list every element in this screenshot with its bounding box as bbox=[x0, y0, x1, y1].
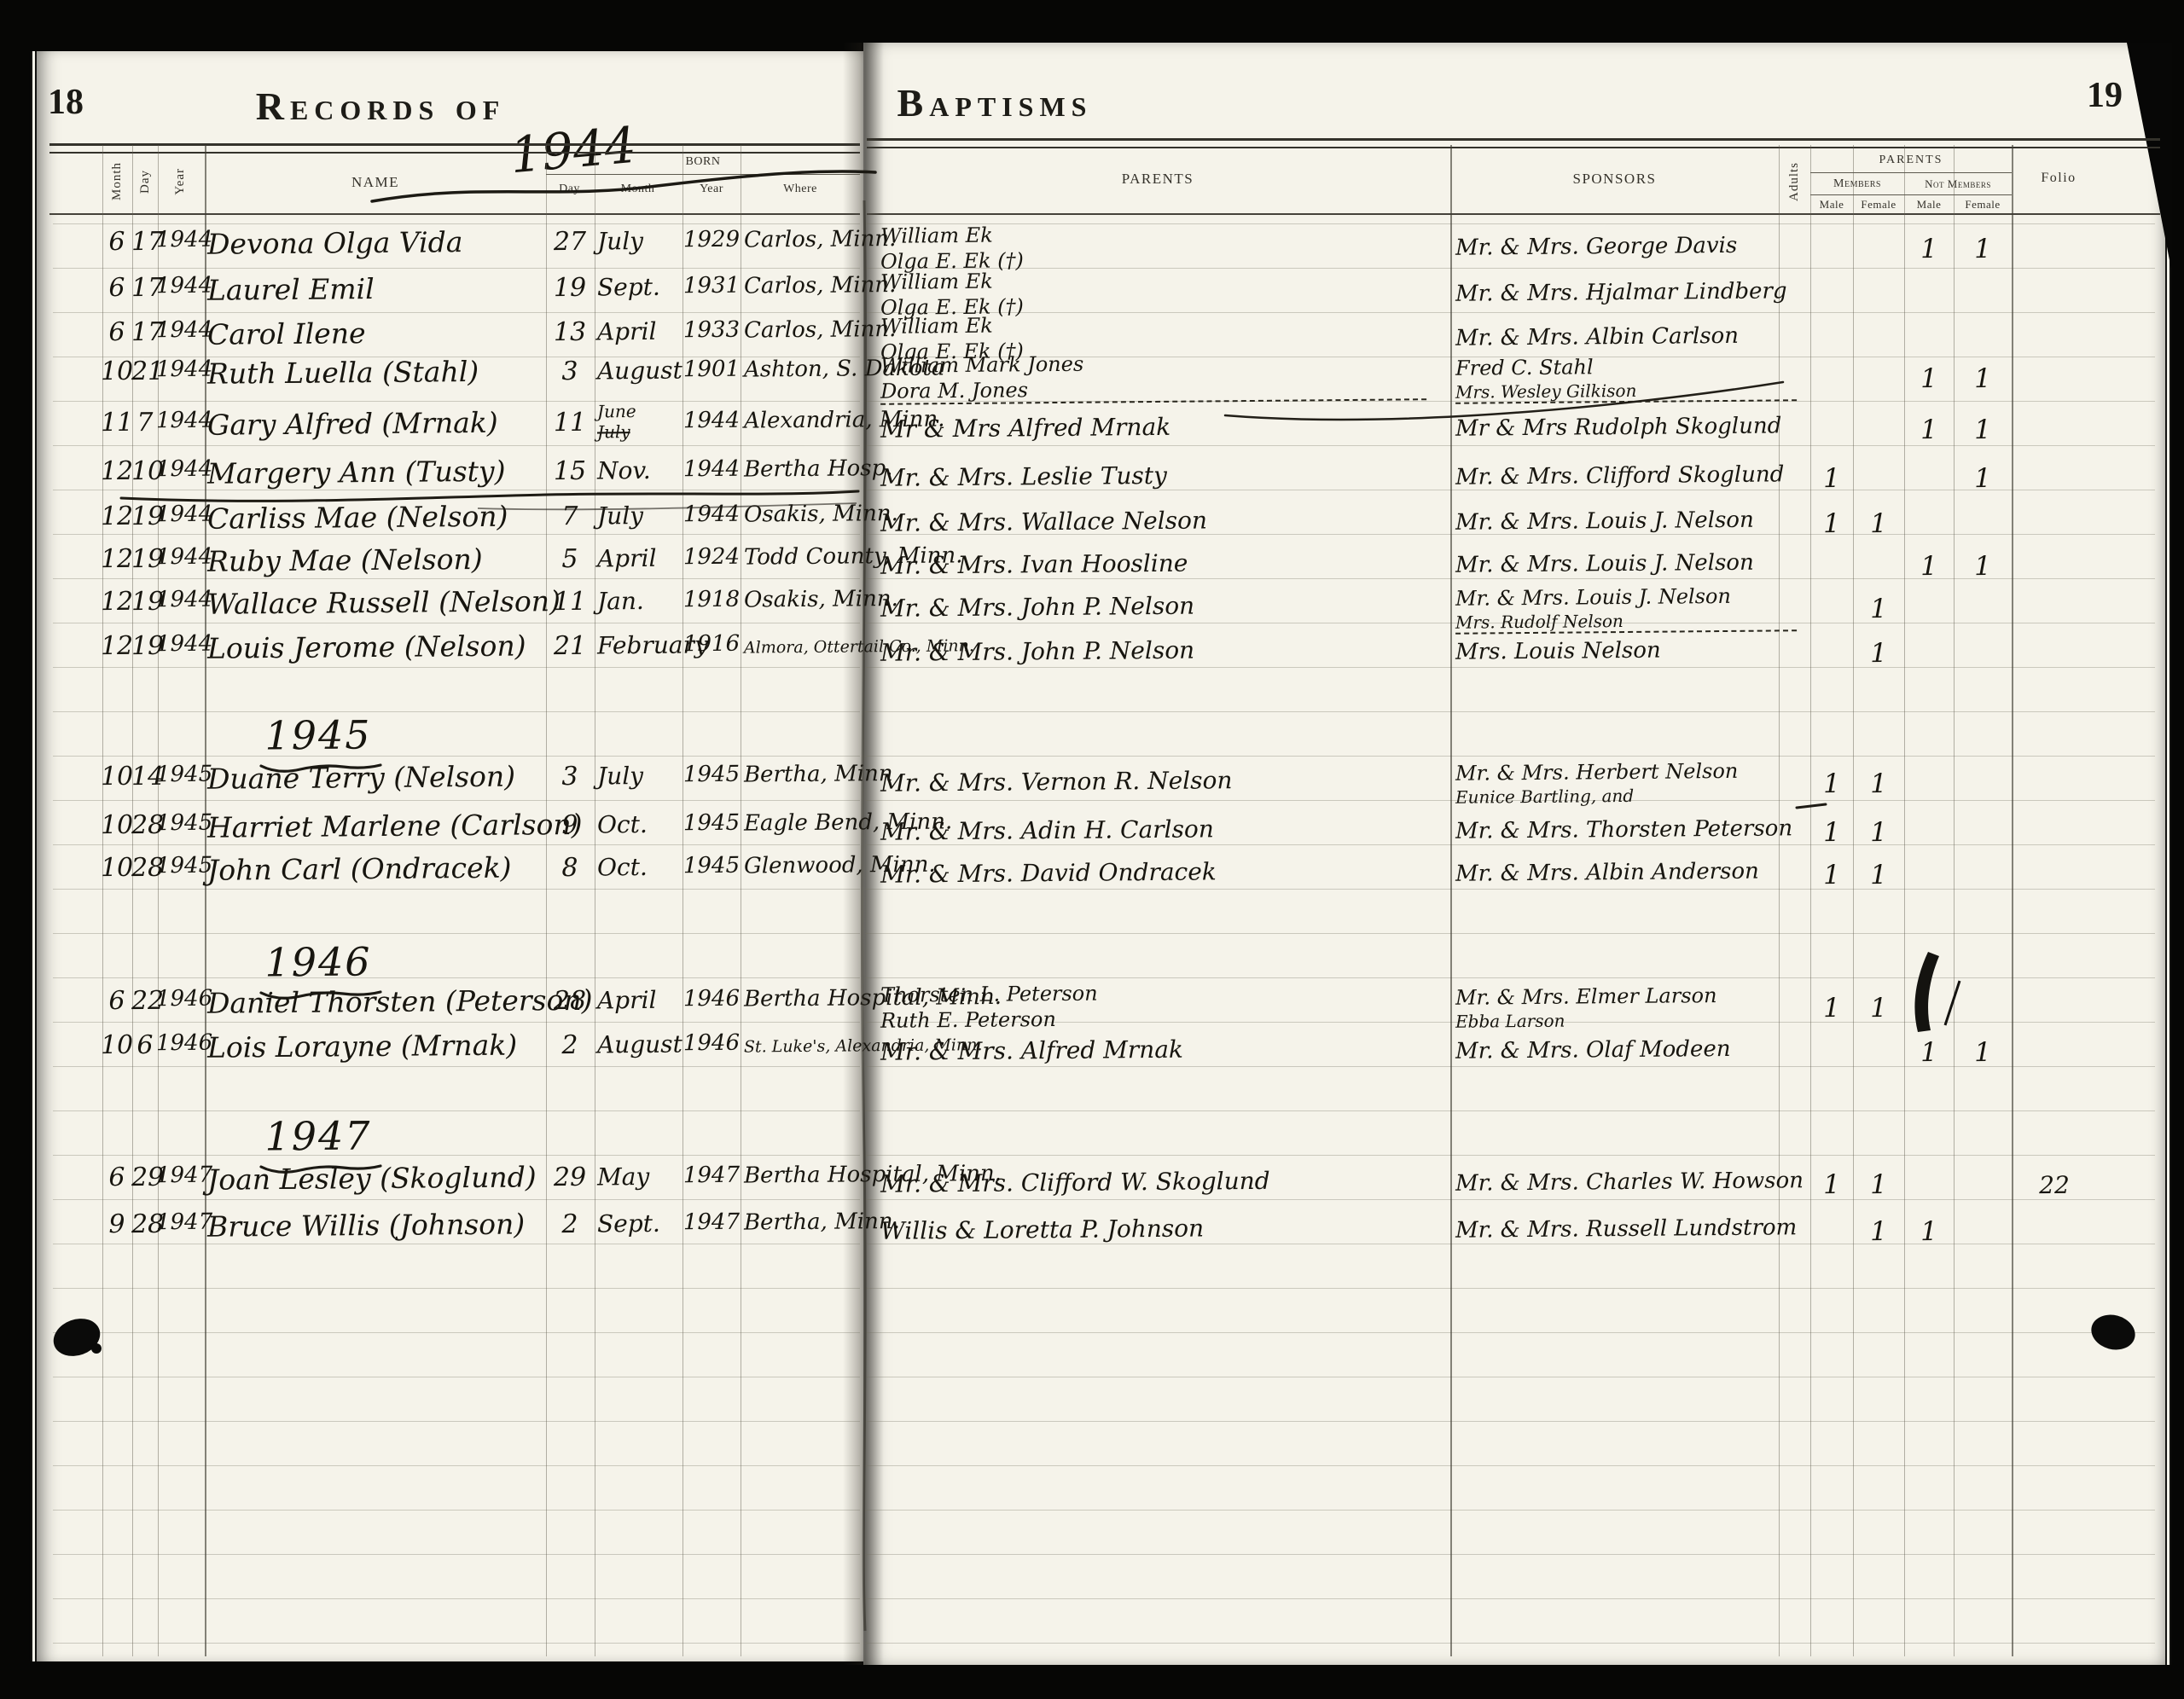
column-header-adults-label: Adults bbox=[1787, 162, 1802, 201]
entry-month: 6 bbox=[101, 319, 133, 346]
entry-bm: July bbox=[597, 229, 684, 254]
entry-name: Daniel Thorsten (Peterson) bbox=[207, 986, 547, 1018]
entry-year: 1944 bbox=[156, 319, 204, 343]
entry-bd: 28 bbox=[546, 988, 594, 1015]
entry-where: Osakis, Minn. bbox=[744, 588, 860, 612]
entry-by: 1944 bbox=[681, 458, 742, 482]
column-header-not-members: Not Members bbox=[1904, 177, 2012, 191]
entry-month: 10 bbox=[101, 812, 133, 839]
entry-by: 1946 bbox=[681, 988, 742, 1012]
column-header-born-day: Day bbox=[546, 183, 593, 196]
entry-by: 1945 bbox=[681, 812, 742, 836]
entry-parent: Mr. & Mrs. Alfred Mrnak bbox=[880, 1035, 1426, 1064]
entry-sponsor: Mrs. Wesley Gilkison bbox=[1455, 380, 1797, 403]
entry-by: 1924 bbox=[681, 546, 742, 570]
entry-day: 22 bbox=[131, 988, 159, 1015]
entry-by: 1944 bbox=[681, 409, 742, 433]
entry-member-female-tick: 1 bbox=[1853, 1171, 1904, 1199]
entry-bd: 3 bbox=[546, 763, 594, 791]
entry-name: Ruth Luella (Stahl) bbox=[207, 357, 547, 389]
entry-where: Carlos, Minn. bbox=[744, 228, 860, 252]
entry-parent: Mr & Mrs Alfred Mrnak bbox=[880, 412, 1426, 442]
entry-by: 1918 bbox=[681, 589, 742, 612]
entry-name: Devona Olga Vida bbox=[207, 227, 547, 259]
entry-bd: 11 bbox=[546, 589, 594, 616]
entry-where: Bertha Hospital, Minn. bbox=[744, 1163, 860, 1187]
entry-month: 6 bbox=[101, 275, 133, 302]
entry-month: 9 bbox=[101, 1211, 133, 1238]
entry-where: Carlos, Minn. bbox=[744, 274, 860, 298]
entry-year: 1945 bbox=[156, 763, 204, 787]
page-number-left: 18 bbox=[48, 82, 84, 123]
entry-month: 12 bbox=[101, 503, 133, 531]
column-header-baptism-year: Year bbox=[158, 152, 202, 212]
entry-parent: Willis & Loretta P. Johnson bbox=[880, 1214, 1426, 1244]
entry-member-female-tick: 1 bbox=[1853, 994, 1904, 1023]
entry-day: 28 bbox=[131, 855, 159, 882]
entry-bm: July bbox=[597, 763, 684, 789]
entry-member-female-tick: 1 bbox=[1853, 510, 1904, 538]
entry-by: 1944 bbox=[681, 503, 742, 527]
entry-day: 28 bbox=[131, 1211, 159, 1238]
column-rule bbox=[1810, 145, 1811, 1656]
entry-name: Joan Lesley (Skoglund) bbox=[207, 1163, 547, 1195]
entry-where: Almora, Ottertail Co., Minn. bbox=[744, 639, 860, 657]
entry-day: 21 bbox=[131, 358, 159, 386]
entry-year: 1946 bbox=[156, 1032, 204, 1056]
entry-parent: Mr. & Mrs. John P. Nelson bbox=[880, 591, 1426, 621]
entry-year: 1944 bbox=[156, 409, 204, 433]
column-header-born-year: Year bbox=[682, 183, 741, 196]
entry-bm: April bbox=[597, 319, 684, 345]
entry-day: 17 bbox=[131, 275, 159, 302]
entry-notmember-female-tick: 1 bbox=[1954, 553, 2012, 581]
entry-by: 1916 bbox=[681, 633, 742, 657]
entry-bd: 19 bbox=[546, 275, 594, 302]
entry-bm: July bbox=[597, 503, 684, 529]
entry-notmember-female-tick: 1 bbox=[1954, 465, 2012, 493]
entry-bd: 7 bbox=[546, 503, 594, 531]
entry-year: 1946 bbox=[156, 988, 204, 1012]
entry-member-male-tick: 1 bbox=[1810, 465, 1853, 493]
entry-name: Lois Lorayne (Mrnak) bbox=[207, 1030, 547, 1063]
entry-parent: Mr. & Mrs. Adin H. Carlson bbox=[880, 815, 1426, 844]
entry-month: 6 bbox=[101, 1164, 133, 1192]
entry-year: 1944 bbox=[156, 589, 204, 612]
entry-day: 17 bbox=[131, 229, 159, 256]
entry-notmember-male-tick: 1 bbox=[1904, 1218, 1954, 1246]
column-header-notmember-female: Female bbox=[1954, 198, 2012, 212]
column-header-sponsors: SPONSORS bbox=[1450, 171, 1779, 188]
entry-name: Duane Terry (Nelson) bbox=[207, 762, 547, 794]
entry-sponsor: Mr. & Mrs. Louis J. Nelson bbox=[1455, 508, 1797, 535]
parents-group-rule bbox=[1810, 172, 2012, 173]
entry-bd: 3 bbox=[546, 358, 594, 386]
entry-notmember-male-tick: 1 bbox=[1904, 1039, 1954, 1067]
entry-year: 1944 bbox=[156, 503, 204, 527]
entry-name: Louis Jerome (Nelson) bbox=[207, 631, 547, 664]
entry-member-male-tick: 1 bbox=[1810, 510, 1853, 538]
entry-bm: April bbox=[597, 546, 684, 571]
entry-bm: Oct. bbox=[597, 855, 684, 880]
entry-month: 6 bbox=[101, 229, 133, 256]
column-header-member-male: Male bbox=[1810, 198, 1853, 212]
entry-day: 19 bbox=[131, 589, 159, 616]
entry-by: 1947 bbox=[681, 1211, 742, 1235]
entry-notmember-female-tick: 1 bbox=[1954, 416, 2012, 444]
entry-sponsor: Mr. & Mrs. George Davis bbox=[1455, 234, 1797, 260]
entry-year: 1945 bbox=[156, 855, 204, 878]
page-number-right: 19 bbox=[2087, 75, 2123, 116]
entry-parent: Mr. & Mrs. Wallace Nelson bbox=[880, 506, 1426, 536]
entry-by: 1929 bbox=[681, 229, 742, 252]
entry-month: 10 bbox=[101, 763, 133, 791]
entry-month: 12 bbox=[101, 589, 133, 616]
members-group-rule bbox=[1810, 194, 2012, 195]
entry-month: 10 bbox=[101, 855, 133, 882]
entry-sponsor: Eunice Bartling, and bbox=[1455, 786, 1797, 806]
column-header-born-where: Where bbox=[741, 183, 860, 196]
entry-month: 12 bbox=[101, 458, 133, 485]
entry-notmember-female-tick: 1 bbox=[1954, 235, 2012, 264]
entry-by: 1946 bbox=[681, 1032, 742, 1056]
entry-name: Ruby Mae (Nelson) bbox=[207, 544, 547, 577]
entry-parent: Mr. & Mrs. David Ondracek bbox=[880, 857, 1426, 887]
entry-notmember-male-tick: 1 bbox=[1904, 365, 1954, 393]
column-header-baptism-month-label: Month bbox=[110, 162, 125, 200]
entry-by: 1901 bbox=[681, 358, 742, 382]
entry-year: 1944 bbox=[156, 229, 204, 252]
entry-bm: Oct. bbox=[597, 812, 684, 838]
column-header-born-group: BORN bbox=[546, 155, 860, 169]
entry-bd: 29 bbox=[546, 1164, 594, 1192]
entry-folio-value: 22 bbox=[2012, 1173, 2097, 1198]
entry-name: John Carl (Ondracek) bbox=[207, 853, 547, 885]
entry-where: Ashton, S. Dakota bbox=[744, 357, 860, 381]
entry-parent: Mr. & Mrs. John P. Nelson bbox=[880, 635, 1426, 665]
column-header-baptism-year-label: Year bbox=[173, 168, 188, 195]
entry-name: Wallace Russell (Nelson) bbox=[207, 587, 547, 619]
entry-day: 19 bbox=[131, 633, 159, 660]
entry-day: 10 bbox=[131, 458, 159, 485]
entry-sponsor: Mr. & Mrs. Louis J. Nelson bbox=[1455, 585, 1797, 610]
entry-day: 28 bbox=[131, 812, 159, 839]
entry-member-male-tick: 1 bbox=[1810, 770, 1853, 798]
entry-year: 1947 bbox=[156, 1211, 204, 1235]
column-header-adults: Adults bbox=[1779, 150, 1810, 213]
entry-bd: 2 bbox=[546, 1032, 594, 1059]
entry-bm: Jan. bbox=[597, 589, 684, 614]
column-header-baptism-day: Day bbox=[132, 152, 158, 212]
entry-bm: June bbox=[597, 403, 684, 421]
column-header-notmember-male: Male bbox=[1904, 198, 1954, 212]
column-header-name: NAME bbox=[205, 174, 546, 191]
header-rule-right bbox=[867, 138, 2160, 148]
column-rule bbox=[1450, 145, 1452, 1656]
entry-year: 1944 bbox=[156, 458, 204, 482]
entry-day: 6 bbox=[131, 1032, 159, 1059]
entry-bm: Sept. bbox=[597, 1211, 684, 1237]
entry-bm: Sept. bbox=[597, 275, 684, 300]
entry-notmember-female-tick: 1 bbox=[1954, 365, 2012, 393]
entry-name: Margery Ann (Tusty) bbox=[207, 456, 547, 489]
page-title-right: Baptisms bbox=[867, 80, 1123, 125]
entry-bm: May bbox=[597, 1164, 684, 1190]
entry-notmember-male-tick: 1 bbox=[1904, 235, 1954, 264]
column-rule bbox=[1853, 145, 1854, 1656]
entry-sponsor: Mr. & Mrs. Herbert Nelson bbox=[1455, 760, 1797, 785]
column-rule bbox=[2012, 145, 2013, 1656]
entry-day: 19 bbox=[131, 503, 159, 531]
entry-where: Alexandria, Minn. bbox=[744, 409, 860, 432]
entry-bd: 5 bbox=[546, 546, 594, 573]
entry-where: Todd County, Minn. bbox=[744, 545, 860, 569]
entry-notmember-male-tick: 1 bbox=[1904, 416, 1954, 444]
entry-year: 1947 bbox=[156, 1164, 204, 1188]
entry-bm: April bbox=[597, 988, 684, 1013]
entry-day: 17 bbox=[131, 319, 159, 346]
entry-year: 1944 bbox=[156, 275, 204, 299]
entry-bd: 11 bbox=[546, 409, 594, 437]
entry-sponsor: Mr & Mrs Rudolph Skoglund bbox=[1455, 415, 1797, 441]
entry-bd: 13 bbox=[546, 319, 594, 346]
entry-member-female-tick: 1 bbox=[1853, 861, 1904, 890]
entry-parent: Dora M. Jones bbox=[880, 376, 1426, 405]
entry-bd: 2 bbox=[546, 1211, 594, 1238]
entry-by: 1933 bbox=[681, 319, 742, 343]
entry-month: 10 bbox=[101, 358, 133, 386]
entry-year: 1944 bbox=[156, 633, 204, 657]
entry-where: Glenwood, Minn. bbox=[744, 854, 860, 878]
entry-where: Bertha Hospital, Minn. bbox=[744, 987, 860, 1011]
entry-sponsor: Ebba Larson bbox=[1455, 1010, 1797, 1030]
entry-born-month-struck: July bbox=[597, 423, 684, 442]
entry-month: 12 bbox=[101, 633, 133, 660]
entry-by: 1945 bbox=[681, 855, 742, 878]
entry-sponsor: Mr. & Mrs. Albin Anderson bbox=[1455, 860, 1797, 886]
year-section-label: 1946 bbox=[254, 941, 382, 983]
entry-bd: 15 bbox=[546, 458, 594, 485]
entry-member-female-tick: 1 bbox=[1853, 770, 1904, 798]
header-bottom-rule-right bbox=[867, 213, 2160, 215]
entry-sponsor: Mr. & Mrs. Clifford Skoglund bbox=[1455, 463, 1797, 490]
header-bottom-rule-left bbox=[49, 213, 860, 215]
entry-member-male-tick: 1 bbox=[1810, 861, 1853, 890]
entry-member-female-tick: 1 bbox=[1853, 640, 1904, 668]
entry-sponsor: Mr. & Mrs. Elmer Larson bbox=[1455, 984, 1797, 1009]
entry-sponsor: Mr. & Mrs. Charles W. Howson bbox=[1455, 1169, 1797, 1196]
entry-where: St. Luke's, Alexandria, Minn. bbox=[744, 1038, 860, 1056]
entry-by: 1947 bbox=[681, 1164, 742, 1188]
entry-name: Carliss Mae (Nelson) bbox=[207, 502, 547, 534]
entry-bd: 8 bbox=[546, 855, 594, 882]
entry-parent: Mr. & Mrs. Vernon R. Nelson bbox=[880, 766, 1426, 796]
entry-year: 1944 bbox=[156, 546, 204, 570]
entry-notmember-female-tick: 1 bbox=[1954, 1039, 2012, 1067]
column-header-parents: PARENTS bbox=[880, 171, 1435, 188]
entry-member-male-tick: 1 bbox=[1810, 819, 1853, 847]
entry-day: 19 bbox=[131, 546, 159, 573]
entry-sponsor: Mr. & Mrs. Thorsten Peterson bbox=[1455, 817, 1797, 844]
entry-sponsor: Mr. & Mrs. Albin Carlson bbox=[1455, 324, 1797, 351]
entry-bm: February bbox=[597, 633, 684, 658]
entry-name: Bruce Willis (Johnson) bbox=[207, 1209, 547, 1242]
entry-parent: Mr. & Mrs. Ivan Hoosline bbox=[880, 548, 1426, 578]
born-group-rule bbox=[546, 174, 860, 175]
column-header-members: Members bbox=[1810, 177, 1904, 191]
entry-member-female-tick: 1 bbox=[1853, 1218, 1904, 1246]
entry-month: 12 bbox=[101, 546, 133, 573]
entry-day: 7 bbox=[131, 409, 159, 437]
entry-where: Bertha, Minn. bbox=[744, 1210, 860, 1234]
entry-by: 1945 bbox=[681, 763, 742, 787]
column-header-member-female: Female bbox=[1853, 198, 1904, 212]
entry-day: 29 bbox=[131, 1164, 159, 1192]
entry-notmember-male-tick: 1 bbox=[1904, 553, 1954, 581]
entry-where: Bertha Hosp. bbox=[744, 457, 860, 481]
entry-sponsor: Mr. & Mrs. Louis J. Nelson bbox=[1455, 551, 1797, 577]
entry-sponsor: Mr. & Mrs. Russell Lundstrom bbox=[1455, 1216, 1797, 1243]
entry-bm: August bbox=[597, 358, 684, 384]
entry-name: Laurel Emil bbox=[207, 273, 547, 305]
entry-bd: 27 bbox=[546, 229, 594, 256]
entry-sponsor: Mrs. Rudolf Nelson bbox=[1455, 611, 1797, 634]
entry-sponsor: Mr. & Mrs. Hjalmar Lindberg bbox=[1455, 280, 1797, 306]
year-section-label: 1945 bbox=[254, 714, 382, 757]
entry-name: Harriet Marlene (Carlson) bbox=[207, 810, 547, 843]
entry-bd: 21 bbox=[546, 633, 594, 660]
entry-sponsor: Mr. & Mrs. Olaf Modeen bbox=[1455, 1037, 1797, 1064]
entry-day: 14 bbox=[131, 763, 159, 791]
entry-where: Osakis, Minn. bbox=[744, 502, 860, 526]
entry-month: 10 bbox=[101, 1032, 133, 1059]
entry-month: 6 bbox=[101, 988, 133, 1015]
entry-where: Carlos, Minn. bbox=[744, 318, 860, 342]
column-header-folio: Folio bbox=[2012, 171, 2106, 186]
column-header-born-month: Month bbox=[593, 183, 682, 196]
entry-year: 1945 bbox=[156, 812, 204, 836]
entry-by: 1931 bbox=[681, 275, 742, 299]
column-header-baptism-month: Month bbox=[102, 152, 132, 212]
entry-where: Bertha, Minn bbox=[744, 763, 860, 786]
entry-bd: 9 bbox=[546, 812, 594, 839]
column-header-baptism-day-label: Day bbox=[138, 170, 153, 194]
entry-member-male-tick: 1 bbox=[1810, 994, 1853, 1023]
entry-parent: Mr. & Mrs. Leslie Tusty bbox=[880, 461, 1426, 490]
entry-parent: Mr. & Mrs. Clifford W. Skoglund bbox=[880, 1167, 1426, 1197]
entry-bm: August bbox=[597, 1032, 684, 1058]
entry-sponsor: Mrs. Louis Nelson bbox=[1455, 638, 1797, 664]
entry-name: Carol Ilene bbox=[207, 317, 547, 350]
entry-member-female-tick: 1 bbox=[1853, 819, 1904, 847]
column-rule bbox=[595, 145, 595, 1656]
entry-year: 1944 bbox=[156, 358, 204, 382]
entry-sponsor: Fred C. Stahl bbox=[1455, 355, 1797, 380]
entry-member-male-tick: 1 bbox=[1810, 1171, 1853, 1199]
entry-name: Gary Alfred (Mrnak) bbox=[207, 408, 547, 440]
entry-member-female-tick: 1 bbox=[1853, 595, 1904, 623]
entry-month: 11 bbox=[101, 409, 133, 437]
entry-where: Eagle Bend, Minn. bbox=[744, 811, 860, 835]
entry-bm: Nov. bbox=[597, 458, 684, 484]
page-title-left: Records of bbox=[253, 84, 508, 129]
column-header-parents-group: PARENTS bbox=[1810, 154, 2012, 167]
year-section-label: 1947 bbox=[254, 1115, 382, 1157]
baptism-ledger-scan: 18 Records of Baptisms 19 1944 Month Day… bbox=[0, 0, 2184, 1699]
